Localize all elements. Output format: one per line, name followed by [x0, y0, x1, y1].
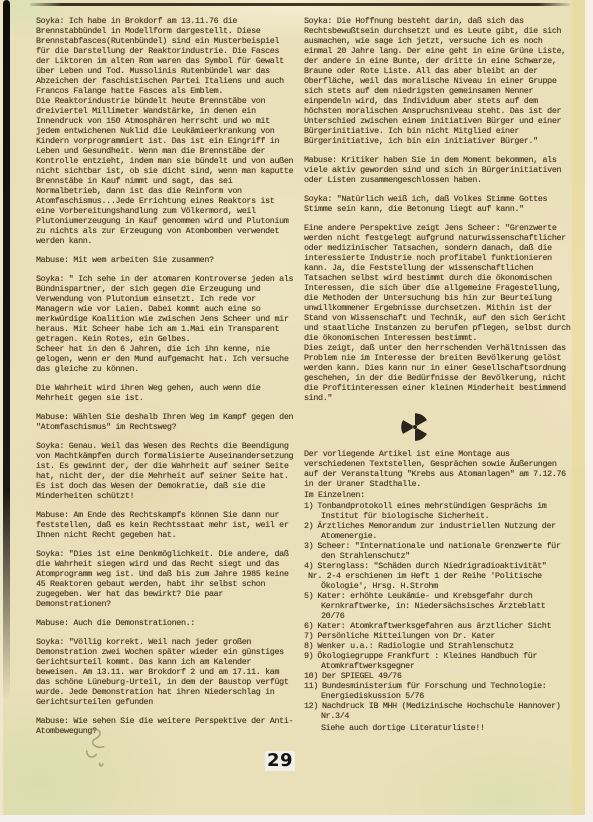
footnote-item-5: 5)Kater: erhöhte Leukämie- und Krebsgefa…	[304, 591, 572, 621]
footnote-number: 11)	[304, 681, 322, 691]
top-scan-rule	[30, 3, 570, 6]
footnote-item-11: 11)Bundesministerium für Forschung und T…	[304, 681, 572, 701]
footnote-item-6: 6)Kater: Atomkraftwerksgefahren aus ärzt…	[304, 621, 572, 631]
footnote-number: 1)	[304, 501, 317, 511]
footnote-number: 7)	[304, 631, 317, 641]
paragraph-soyka-hoffnung: Soyka: Die Hoffnung besteht darin, daß s…	[304, 16, 572, 146]
footnote-number: 8)	[304, 641, 317, 651]
footnote-heading: Im Einzelnen:	[304, 490, 572, 500]
paragraph-soyka-denkmoeglichkeit: Soyka: "Dies ist eine Denkmöglichkeit. D…	[36, 549, 297, 609]
footnote-note-2-4: Nr. 2-4 erschienen im Heft 1 der Reihe '…	[304, 571, 572, 591]
scan-edge-bottom	[0, 815, 593, 822]
question-mabuse-kritiker: Mabuse: Kritiker haben Sie in dem Moment…	[304, 155, 572, 185]
paragraph-soyka-brokdorf: Soyka: Ich habe in Brokdorf am 13.11.76 …	[36, 16, 297, 246]
binding-spine-shadow	[3, 0, 10, 700]
footnote-text: Nr. 2-4 erschienen im Heft 1 der Reihe '…	[308, 571, 542, 591]
footnote-number: 9)	[304, 651, 317, 661]
remark-mabuse-demonstrationen: Mabuse: Auch die Demonstrationen.:	[36, 618, 297, 628]
page-number: 29	[265, 751, 295, 771]
footnote-number: 3)	[304, 541, 317, 551]
footnote-number: 10)	[304, 671, 322, 681]
paragraph-scheer-zitat: Eine andere Perspektive zeigt Jens Schee…	[304, 223, 572, 403]
handwritten-mark	[74, 725, 123, 777]
scanned-zine-page: Soyka: Ich habe in Brokdorf am 13.11.76 …	[0, 0, 593, 822]
footnote-outro: Siehe auch dortige Literaturliste!!	[321, 723, 572, 733]
footnote-number: 5)	[304, 591, 317, 601]
radiation-icon	[400, 412, 430, 442]
paragraph-soyka-koalition: Soyka: " Ich sehe in der atomaren Kontro…	[36, 274, 297, 374]
footnote-number: 6)	[304, 621, 317, 631]
paragraph-soyka-volkes-stimme: Soyka: "Natürlich weiß ich, daß Volkes S…	[304, 194, 572, 214]
scan-edge-right	[585, 0, 593, 822]
paragraph-wahrheit: Die Wahrheit wird ihren Weg gehen, auch …	[36, 383, 297, 403]
paragraph-soyka-recht: Soyka: Genau. Weil das Wesen des Rechts …	[36, 441, 297, 501]
footnote-item-7: 7)Persönliche Mitteilungen von Dr. Kater	[304, 631, 572, 641]
paragraph-soyka-gerichtsurteile: Soyka: "Völlig korrekt. Weil nach jeder …	[36, 637, 297, 707]
footnote-item-12: 12)Nachdruck IB MHH (Medizinische Hochsc…	[304, 701, 572, 721]
right-text-column: Soyka: Die Hoffnung besteht darin, daß s…	[304, 16, 572, 733]
footnote-text: Wenker u.a.: Radiologie und Strahlenschu…	[317, 641, 513, 651]
scan-edge-yellow-band	[572, 0, 585, 815]
question-mabuse-rechtsweg: Mabuse: Wählen Sie deshalb Ihren Weg im …	[36, 412, 297, 432]
footnote-text: Nachdruck IB MHH (Medizinische Hochschul…	[321, 701, 561, 721]
footnote-text: Scheer: "Internationale und nationale Gr…	[317, 541, 560, 561]
footnote-text: Kater: erhöhte Leukämie- und Krebsgefahr…	[317, 591, 545, 621]
footnote-text: Ärztliches Memorandum zur industriellen …	[317, 521, 555, 541]
left-text-column: Soyka: Ich habe in Brokdorf am 13.11.76 …	[36, 16, 297, 745]
question-mabuse-zusammenarbeit: Mabuse: Mit wem arbeiten Sie zusammen?	[36, 255, 297, 265]
footnote-item-10: 10)Der SPIEGEL 49/76	[304, 671, 572, 681]
footnote-text: Persönliche Mitteilungen von Dr. Kater	[317, 631, 495, 641]
footnote-text: Bundesministerium für Forschung und Tech…	[321, 681, 546, 701]
question-mabuse-rechtsstaat: Mabuse: Am Ende des Rechtskampfs können …	[36, 510, 297, 540]
footnote-item-9: 9)Ökologiegruppe Frankfurt : Kleines Han…	[304, 651, 572, 671]
footnote-text: Der SPIEGEL 49/76	[322, 671, 402, 681]
footnote-item-3: 3)Scheer: "Internationale und nationale …	[304, 541, 572, 561]
footnote-item-2: 2)Ärztliches Memorandum zur industrielle…	[304, 521, 572, 541]
footnote-number: 12)	[304, 701, 322, 711]
footnote-text: Tonbandprotokoll eines mehrstündigen Ges…	[317, 501, 546, 521]
footnote-item-1: 1)Tonbandprotokoll eines mehrstündigen G…	[304, 501, 572, 521]
footnote-text: Ökologiegruppe Frankfurt : Kleines Handb…	[317, 651, 537, 671]
question-mabuse-perspektive: Mabuse: Wie sehen Sie die weitere Perspe…	[36, 716, 297, 736]
footnote-number: 4)	[304, 561, 317, 571]
footnote-item-8: 8)Wenker u.a.: Radiologie und Strahlensc…	[304, 641, 572, 651]
footnote-text: Kater: Atomkraftwerksgefahren aus ärztli…	[317, 621, 551, 631]
footnote-number: 2)	[304, 521, 317, 531]
footnote-intro: Der vorliegende Artikel ist eine Montage…	[304, 449, 572, 489]
paper-sheet: Soyka: Ich habe in Brokdorf am 13.11.76 …	[0, 0, 585, 815]
footnote-text: Sternglass: "Schäden durch Niedrigradioa…	[317, 561, 546, 571]
footnote-item-4: 4)Sternglass: "Schäden durch Niedrigradi…	[304, 561, 572, 571]
